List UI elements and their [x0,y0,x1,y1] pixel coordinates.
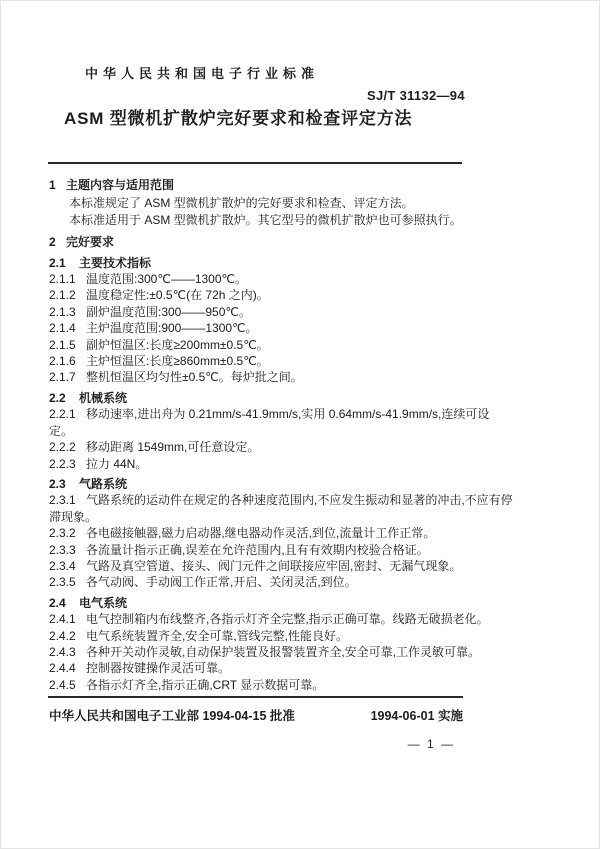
doc-line-continuation: 本标准适用于 ASM 型微机扩散炉。其它型号的微机扩散炉也可参照执行。 [49,212,469,228]
doc-line-2.3.1: 2.3.1气路系统的运动件在规定的各种速度范围内,不应发生振动和显著的冲击,不应… [49,492,469,508]
clause-text: 各流量计指示正确,误差在允许范围内,且有有效期内校验合格证。 [86,542,429,558]
page-number: — 1 — [49,737,455,751]
clause-text: 主炉温度范围:900——1300℃。 [86,320,258,336]
clause-number: 1 [49,177,66,193]
doc-line-2.4: 2.4电气系统 [49,595,469,611]
clause-number: 2.1.4 [49,320,86,336]
doc-line-2.1.3: 2.1.3副炉温度范围:300——950℃。 [49,304,469,320]
clause-number: 2.2 [49,390,79,406]
clause-text: 完好要求 [66,234,114,250]
doc-line-2.1.2: 2.1.2温度稳定性:±0.5℃(在 72h 之内)。 [49,287,469,303]
clause-text: 拉力 44N。 [86,456,147,472]
clause-text: 主炉恒温区:长度≥860mm±0.5℃。 [86,353,269,369]
clause-text: 移动速率,进出舟为 0.21mm/s-41.9mm/s,实用 0.64mm/s-… [86,406,489,422]
clause-text: 主要技术指标 [79,255,151,271]
doc-line-2.2.3: 2.2.3拉力 44N。 [49,456,469,472]
doc-line-2.2: 2.2机械系统 [49,390,469,406]
clause-text: 温度范围:300℃——1300℃。 [86,271,247,287]
clause-number: 2.3.2 [49,525,86,541]
clause-number: 2.4.5 [49,677,86,693]
doc-line-2.2.2: 2.2.2移动距离 1549mm,可任意设定。 [49,439,469,455]
clause-text: 气路系统 [79,476,127,492]
footer: 中华人民共和国电子工业部 1994-04-15 批准 1994-06-01 实施 [49,706,463,724]
clause-text: 电气系统装置齐全,安全可靠,管线完整,性能良好。 [86,628,348,644]
clause-text: 各气动阀、手动阀工作正常,开启、关闭灵活,到位。 [86,574,357,590]
clause-text: 电气控制箱内布线整齐,各指示灯齐全完整,指示正确可靠。线路无破损老化。 [86,611,489,627]
doc-line-2.4.2: 2.4.2电气系统装置齐全,安全可靠,管线完整,性能良好。 [49,628,469,644]
clause-number: 2.3 [49,476,79,492]
doc-line-2.4.4: 2.4.4控制器按键操作灵活可靠。 [49,660,469,676]
clause-number: 2.1.6 [49,353,86,369]
clause-number: 2.4.2 [49,628,86,644]
clause-text: 滞现象。 [49,509,97,525]
doc-line-2.3.3: 2.3.3各流量计指示正确,误差在允许范围内,且有有效期内校验合格证。 [49,542,469,558]
doc-line-2: 2完好要求 [49,234,469,250]
clause-text: 各电磁接触器,磁力启动器,继电器动作灵活,到位,流量计工作正常。 [86,525,435,541]
clause-text: 本标准规定了 ASM 型微机扩散炉的完好要求和检查、评定方法。 [49,195,414,211]
doc-line-2.1.1: 2.1.1温度范围:300℃——1300℃。 [49,271,469,287]
footer-rule [48,696,463,698]
clause-number: 2.1.1 [49,271,86,287]
clause-text: 整机恒温区均匀性±0.5℃。每炉批之间。 [86,369,303,385]
clause-number: 2.3.3 [49,542,86,558]
clause-number: 2 [49,234,66,250]
standard-number: SJ/T 31132—94 [367,88,465,103]
header-org-line: 中华人民共和国电子行业标准 [85,63,319,82]
clause-number: 2.3.4 [49,558,86,574]
clause-text: 副炉恒温区:长度≥200mm±0.5℃。 [86,337,269,353]
clause-text: 移动距离 1549mm,可任意设定。 [86,439,259,455]
clause-text: 机械系统 [79,390,127,406]
doc-line-2.3.2: 2.3.2各电磁接触器,磁力启动器,继电器动作灵活,到位,流量计工作正常。 [49,525,469,541]
clause-number: 2.4 [49,595,79,611]
clause-number: 2.1.3 [49,304,86,320]
doc-line-2.4.5: 2.4.5各指示灯齐全,指示正确,CRT 显示数据可靠。 [49,677,469,693]
header-rule [48,162,462,164]
doc-line-2.1.5: 2.1.5副炉恒温区:长度≥200mm±0.5℃。 [49,337,469,353]
doc-line-continuation: 本标准规定了 ASM 型微机扩散炉的完好要求和检查、评定方法。 [49,195,469,211]
doc-line-2.3.5: 2.3.5各气动阀、手动阀工作正常,开启、关闭灵活,到位。 [49,574,469,590]
clause-number: 2.4.3 [49,644,86,660]
clause-number: 2.4.1 [49,611,86,627]
clause-number: 2.4.4 [49,660,86,676]
doc-line-2.3.4: 2.3.4气路及真空管道、接头、阀门元件之间联接应牢固,密封、无漏气现象。 [49,558,469,574]
clause-text: 定。 [49,423,73,439]
clause-text: 控制器按键操作灵活可靠。 [86,660,230,676]
clause-number: 2.2.3 [49,456,86,472]
clause-number: 2.1.7 [49,369,86,385]
doc-line-continuation: 定。 [49,423,469,439]
document-title: ASM 型微机扩散炉完好要求和检查评定方法 [64,104,412,129]
clause-number: 2.1.5 [49,337,86,353]
footer-approval: 中华人民共和国电子工业部 1994-04-15 批准 [49,706,295,724]
clause-text: 温度稳定性:±0.5℃(在 72h 之内)。 [86,287,269,303]
doc-line-2.1.4: 2.1.4主炉温度范围:900——1300℃。 [49,320,469,336]
clause-text: 副炉温度范围:300——950℃。 [86,304,251,320]
doc-line-2.3: 2.3气路系统 [49,476,469,492]
clause-text: 气路系统的运动件在规定的各种速度范围内,不应发生振动和显著的冲击,不应有停 [86,492,513,508]
clause-text: 主题内容与适用范围 [66,177,174,193]
footer-implementation-date: 1994-06-01 实施 [371,706,463,724]
clause-text: 各种开关动作灵敏,自动保护装置及报警装置齐全,安全可靠,工作灵敏可靠。 [86,644,480,660]
clause-number: 2.2.2 [49,439,86,455]
doc-line-1: 1主题内容与适用范围 [49,177,469,193]
clause-number: 2.1 [49,255,79,271]
doc-line-2.1: 2.1主要技术指标 [49,255,469,271]
clause-text: 气路及真空管道、接头、阀门元件之间联接应牢固,密封、无漏气现象。 [86,558,461,574]
clause-text: 本标准适用于 ASM 型微机扩散炉。其它型号的微机扩散炉也可参照执行。 [49,212,462,228]
doc-line-2.1.6: 2.1.6主炉恒温区:长度≥860mm±0.5℃。 [49,353,469,369]
document-body: 1主题内容与适用范围本标准规定了 ASM 型微机扩散炉的完好要求和检查、评定方法… [49,171,469,693]
doc-line-2.1.7: 2.1.7整机恒温区均匀性±0.5℃。每炉批之间。 [49,369,469,385]
document-page: 中华人民共和国电子行业标准 SJ/T 31132—94 ASM 型微机扩散炉完好… [0,0,600,849]
clause-number: 2.3.1 [49,492,86,508]
doc-line-2.2.1: 2.2.1移动速率,进出舟为 0.21mm/s-41.9mm/s,实用 0.64… [49,406,469,422]
doc-line-2.4.1: 2.4.1电气控制箱内布线整齐,各指示灯齐全完整,指示正确可靠。线路无破损老化。 [49,611,469,627]
clause-text: 电气系统 [79,595,127,611]
doc-line-continuation: 滞现象。 [49,509,469,525]
clause-number: 2.1.2 [49,287,86,303]
clause-number: 2.2.1 [49,406,86,422]
clause-text: 各指示灯齐全,指示正确,CRT 显示数据可靠。 [86,677,324,693]
doc-line-2.4.3: 2.4.3各种开关动作灵敏,自动保护装置及报警装置齐全,安全可靠,工作灵敏可靠。 [49,644,469,660]
clause-number: 2.3.5 [49,574,86,590]
